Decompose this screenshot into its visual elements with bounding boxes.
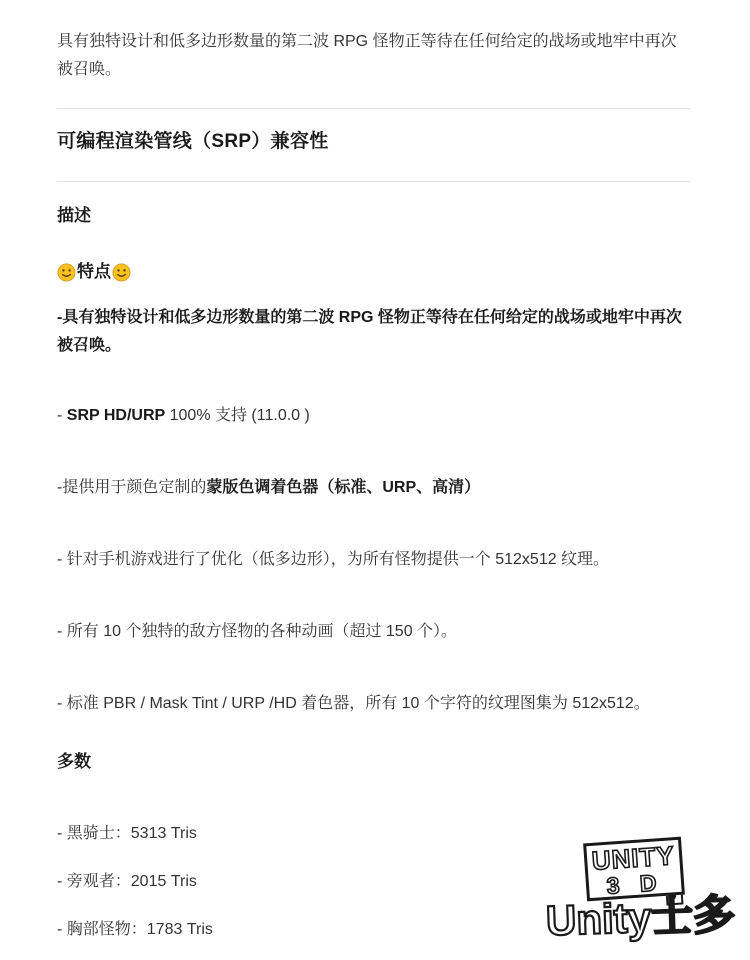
feature-animations: - 所有 10 个独特的敌方怪物的各种动画（超过 150 个）。: [57, 620, 690, 644]
description-heading: 描述: [57, 204, 690, 228]
product-description-page: 具有独特设计和低多边形数量的第二波 RPG 怪物正等待在任何给定的战场或地牢中再…: [0, 28, 750, 942]
feature-all-shaders: - 标准 PBR / Mask Tint / URP /HD 着色器，所有 10…: [57, 692, 690, 716]
feature-srp-rest: 100% 支持 (11.0.0 ): [165, 407, 310, 424]
feature-mask-shader: -提供用于颜色定制的蒙版色调着色器（标准、URP、高清）: [57, 476, 690, 500]
feature-shader-pre: -提供用于颜色定制的: [57, 479, 206, 496]
unity-shiduo-watermark-text: Unity士多: [545, 887, 736, 950]
divider: [57, 181, 690, 182]
divider: [57, 108, 690, 109]
intro-paragraph: 具有独特设计和低多边形数量的第二波 RPG 怪物正等待在任何给定的战场或地牢中再…: [57, 28, 690, 84]
smiley-icon: [112, 263, 131, 282]
feature-shader-bold: 蒙版色调着色器（标准、URP、高清）: [206, 479, 480, 496]
feature-dash: -: [57, 407, 67, 424]
features-bold-intro: -具有独特设计和低多边形数量的第二波 RPG 怪物正等待在任何给定的战场或地牢中…: [57, 304, 690, 360]
smiley-icon: [57, 263, 76, 282]
feature-mobile-optimized: - 针对手机游戏进行了优化（低多边形），为所有怪物提供一个 512x512 纹理…: [57, 548, 690, 572]
features-title: 特点: [57, 260, 690, 284]
poly-count-heading: 多数: [57, 750, 690, 774]
features-title-label: 特点: [77, 260, 111, 284]
feature-srp-support: - SRP HD/URP 100% 支持 (11.0.0 ): [57, 404, 690, 428]
feature-srp-bold: SRP HD/URP: [67, 407, 165, 424]
srp-compatibility-heading: 可编程渲染管线（SRP）兼容性: [57, 129, 690, 155]
